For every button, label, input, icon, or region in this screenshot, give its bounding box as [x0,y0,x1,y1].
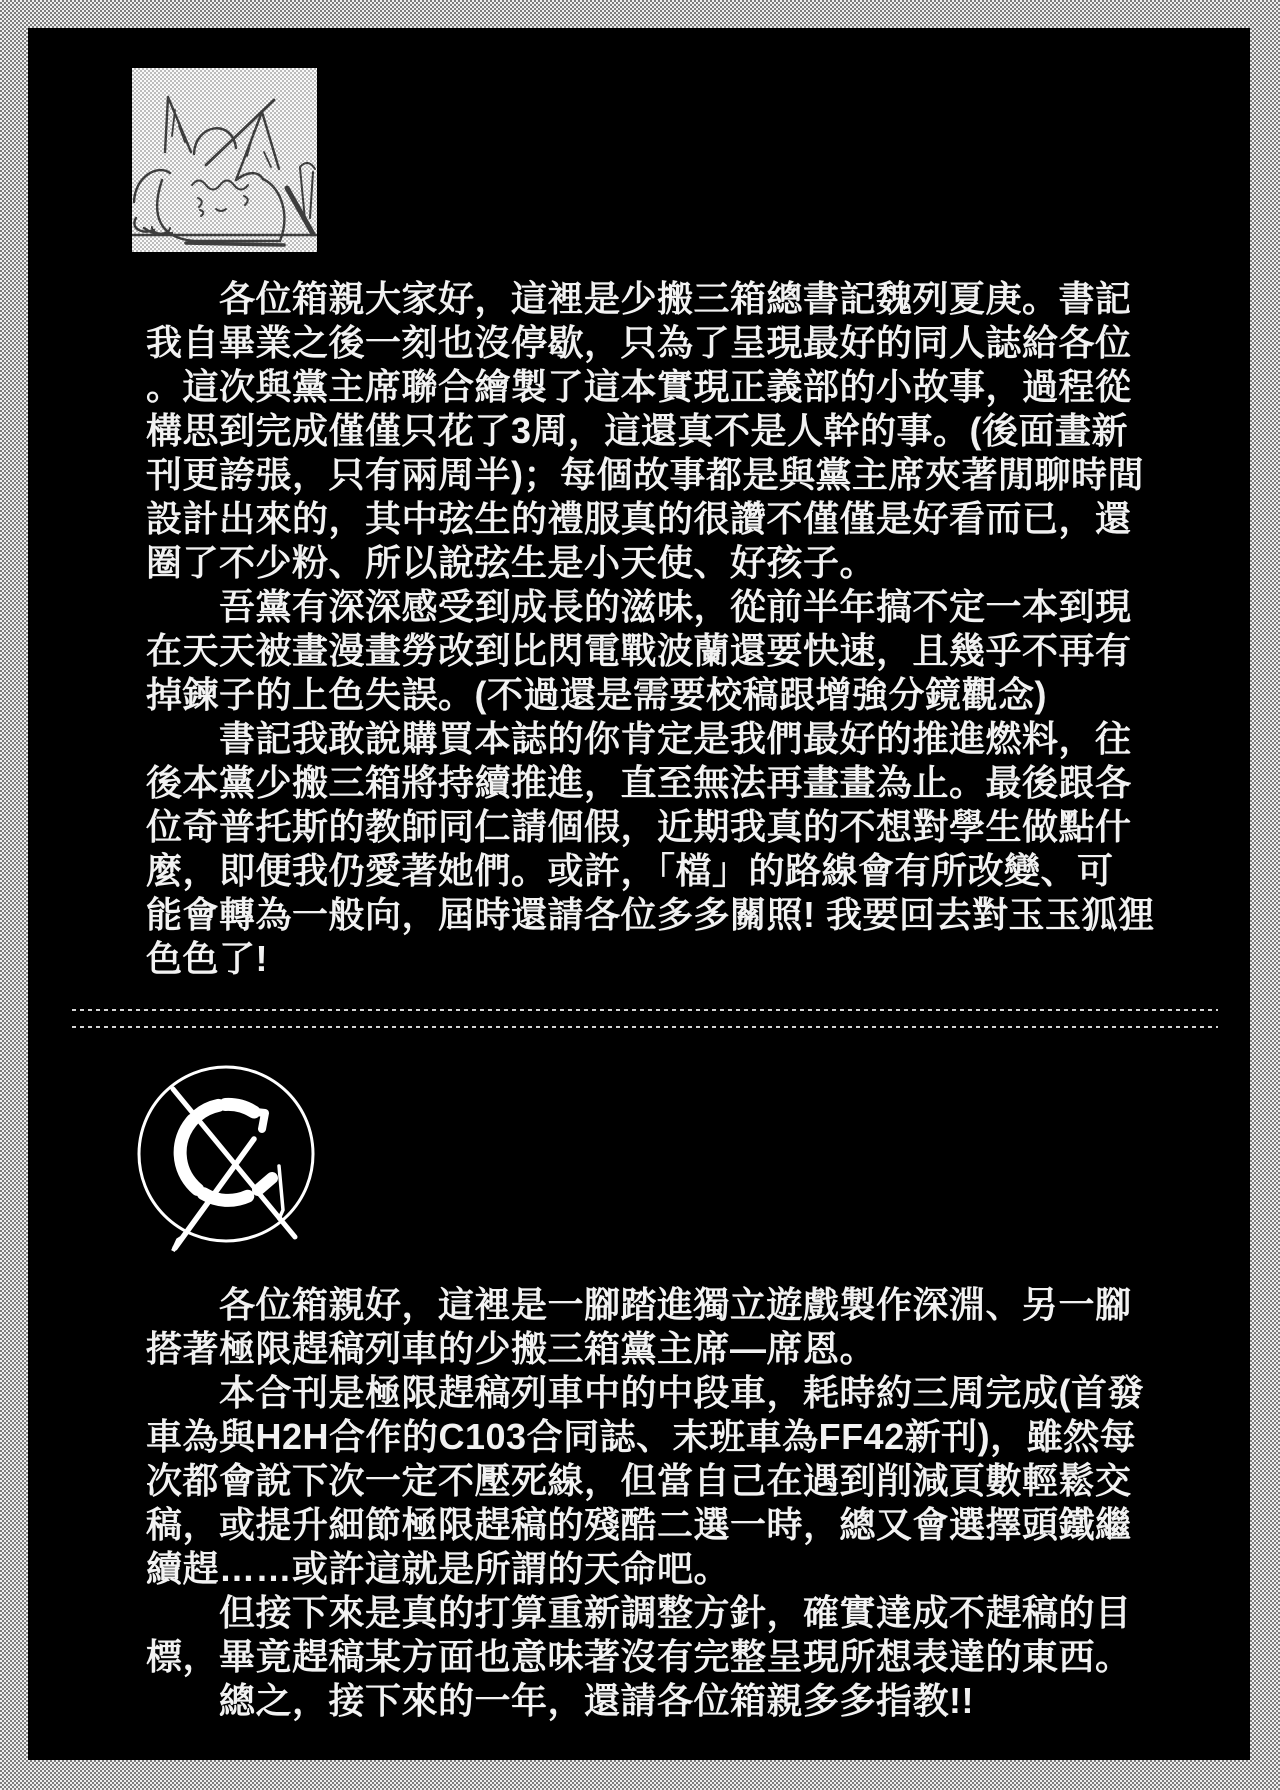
text-line: 。這次與黨主席聯合繪製了這本實現正義部的小故事，過程從 [146,365,1166,409]
text-line: 但接下來是真的打算重新調整方針，確實達成不趕稿的目 [146,1591,1166,1635]
afterword-page: { "page": { "type": "doujinshi-afterword… [0,0,1280,1790]
text-line: 各位箱親大家好，這裡是少搬三箱總書記魏列夏庚。書記 [146,277,1166,321]
text-line: 本合刊是極限趕稿列車中的中段車，耗時約三周完成(首發 [146,1371,1166,1415]
text-line: 書記我敢說購買本誌的你肯定是我們最好的推進燃料，往 [146,717,1166,761]
text-line: 掉鍊子的上色失誤。(不過還是需要校稿跟增強分鏡觀念) [146,673,1166,717]
text-line: 能會轉為一般向，屆時還請各位多多關照! 我要回去對玉玉狐狸 [146,893,1166,937]
text-line: 麼，即便我仍愛著她們。或許，「檔」的路線會有所改變、可 [146,849,1166,893]
text-line: 構思到完成僅僅只花了3周，這還真不是人幹的事。(後面畫新 [146,409,1166,453]
secretary-afterword-text: 各位箱親大家好，這裡是少搬三箱總書記魏列夏庚。書記我自畢業之後一刻也沒停歇，只為… [146,277,1166,981]
text-line: 色色了! [146,937,1166,981]
text-line: 次都會說下次一定不壓死線，但當自己在遇到削減頁數輕鬆交 [146,1459,1166,1503]
text-line: 標，畢竟趕稿某方面也意味著沒有完整呈現所想表達的東西。 [146,1635,1166,1679]
text-line: 設計出來的，其中弦生的禮服真的很讚不僅僅是好看而已，還 [146,497,1166,541]
chairman-afterword-text: 各位箱親好，這裡是一腳踏進獨立遊戲製作深淵、另一腳搭著極限趕稿列車的少搬三箱黨主… [146,1283,1166,1723]
circle-logo [134,1062,319,1254]
text-line: 刊更誇張，只有兩周半)；每個故事都是與黨主席夾著閒聊時間 [146,453,1166,497]
text-line: 在天天被畫漫畫勞改到比閃電戰波蘭還要快速，且幾乎不再有 [146,629,1166,673]
text-line: 後本黨少搬三箱將持續推進，直至無法再畫畫為止。最後跟各 [146,761,1166,805]
divider-line-bottom [72,1026,1218,1028]
page-inner-area: 各位箱親大家好，這裡是少搬三箱總書記魏列夏庚。書記我自畢業之後一刻也沒停歇，只為… [28,28,1250,1760]
text-line: 我自畢業之後一刻也沒停歇，只為了呈現最好的同人誌給各位 [146,321,1166,365]
text-line: 吾黨有深深感受到成長的滋味，從前半年搞不定一本到現 [146,585,1166,629]
text-line: 續趕……或許這就是所謂的天命吧。 [146,1547,1166,1591]
text-line: 圈了不少粉、所以說弦生是小天使、好孩子。 [146,541,1166,585]
divider-line-top [72,1009,1218,1011]
text-line: 各位箱親好，這裡是一腳踏進獨立遊戲製作深淵、另一腳 [146,1283,1166,1327]
text-line: 車為與H2H合作的C103合同誌、末班車為FF42新刊)，雖然每 [146,1415,1166,1459]
text-line: 稿，或提升細節極限趕稿的殘酷二選一時，總又會選擇頭鐵繼 [146,1503,1166,1547]
text-line: 搭著極限趕稿列車的少搬三箱黨主席—席恩。 [146,1327,1166,1371]
sleeping-fox-sketch-icon [132,68,317,252]
author-sketch-image [132,68,317,252]
text-line: 位奇普托斯的教師同仁請個假，近期我真的不想對學生做點什 [146,805,1166,849]
text-line: 總之，接下來的一年，還請各位箱親多多指教!! [146,1679,1166,1723]
crossed-circle-monogram-icon [134,1062,319,1254]
